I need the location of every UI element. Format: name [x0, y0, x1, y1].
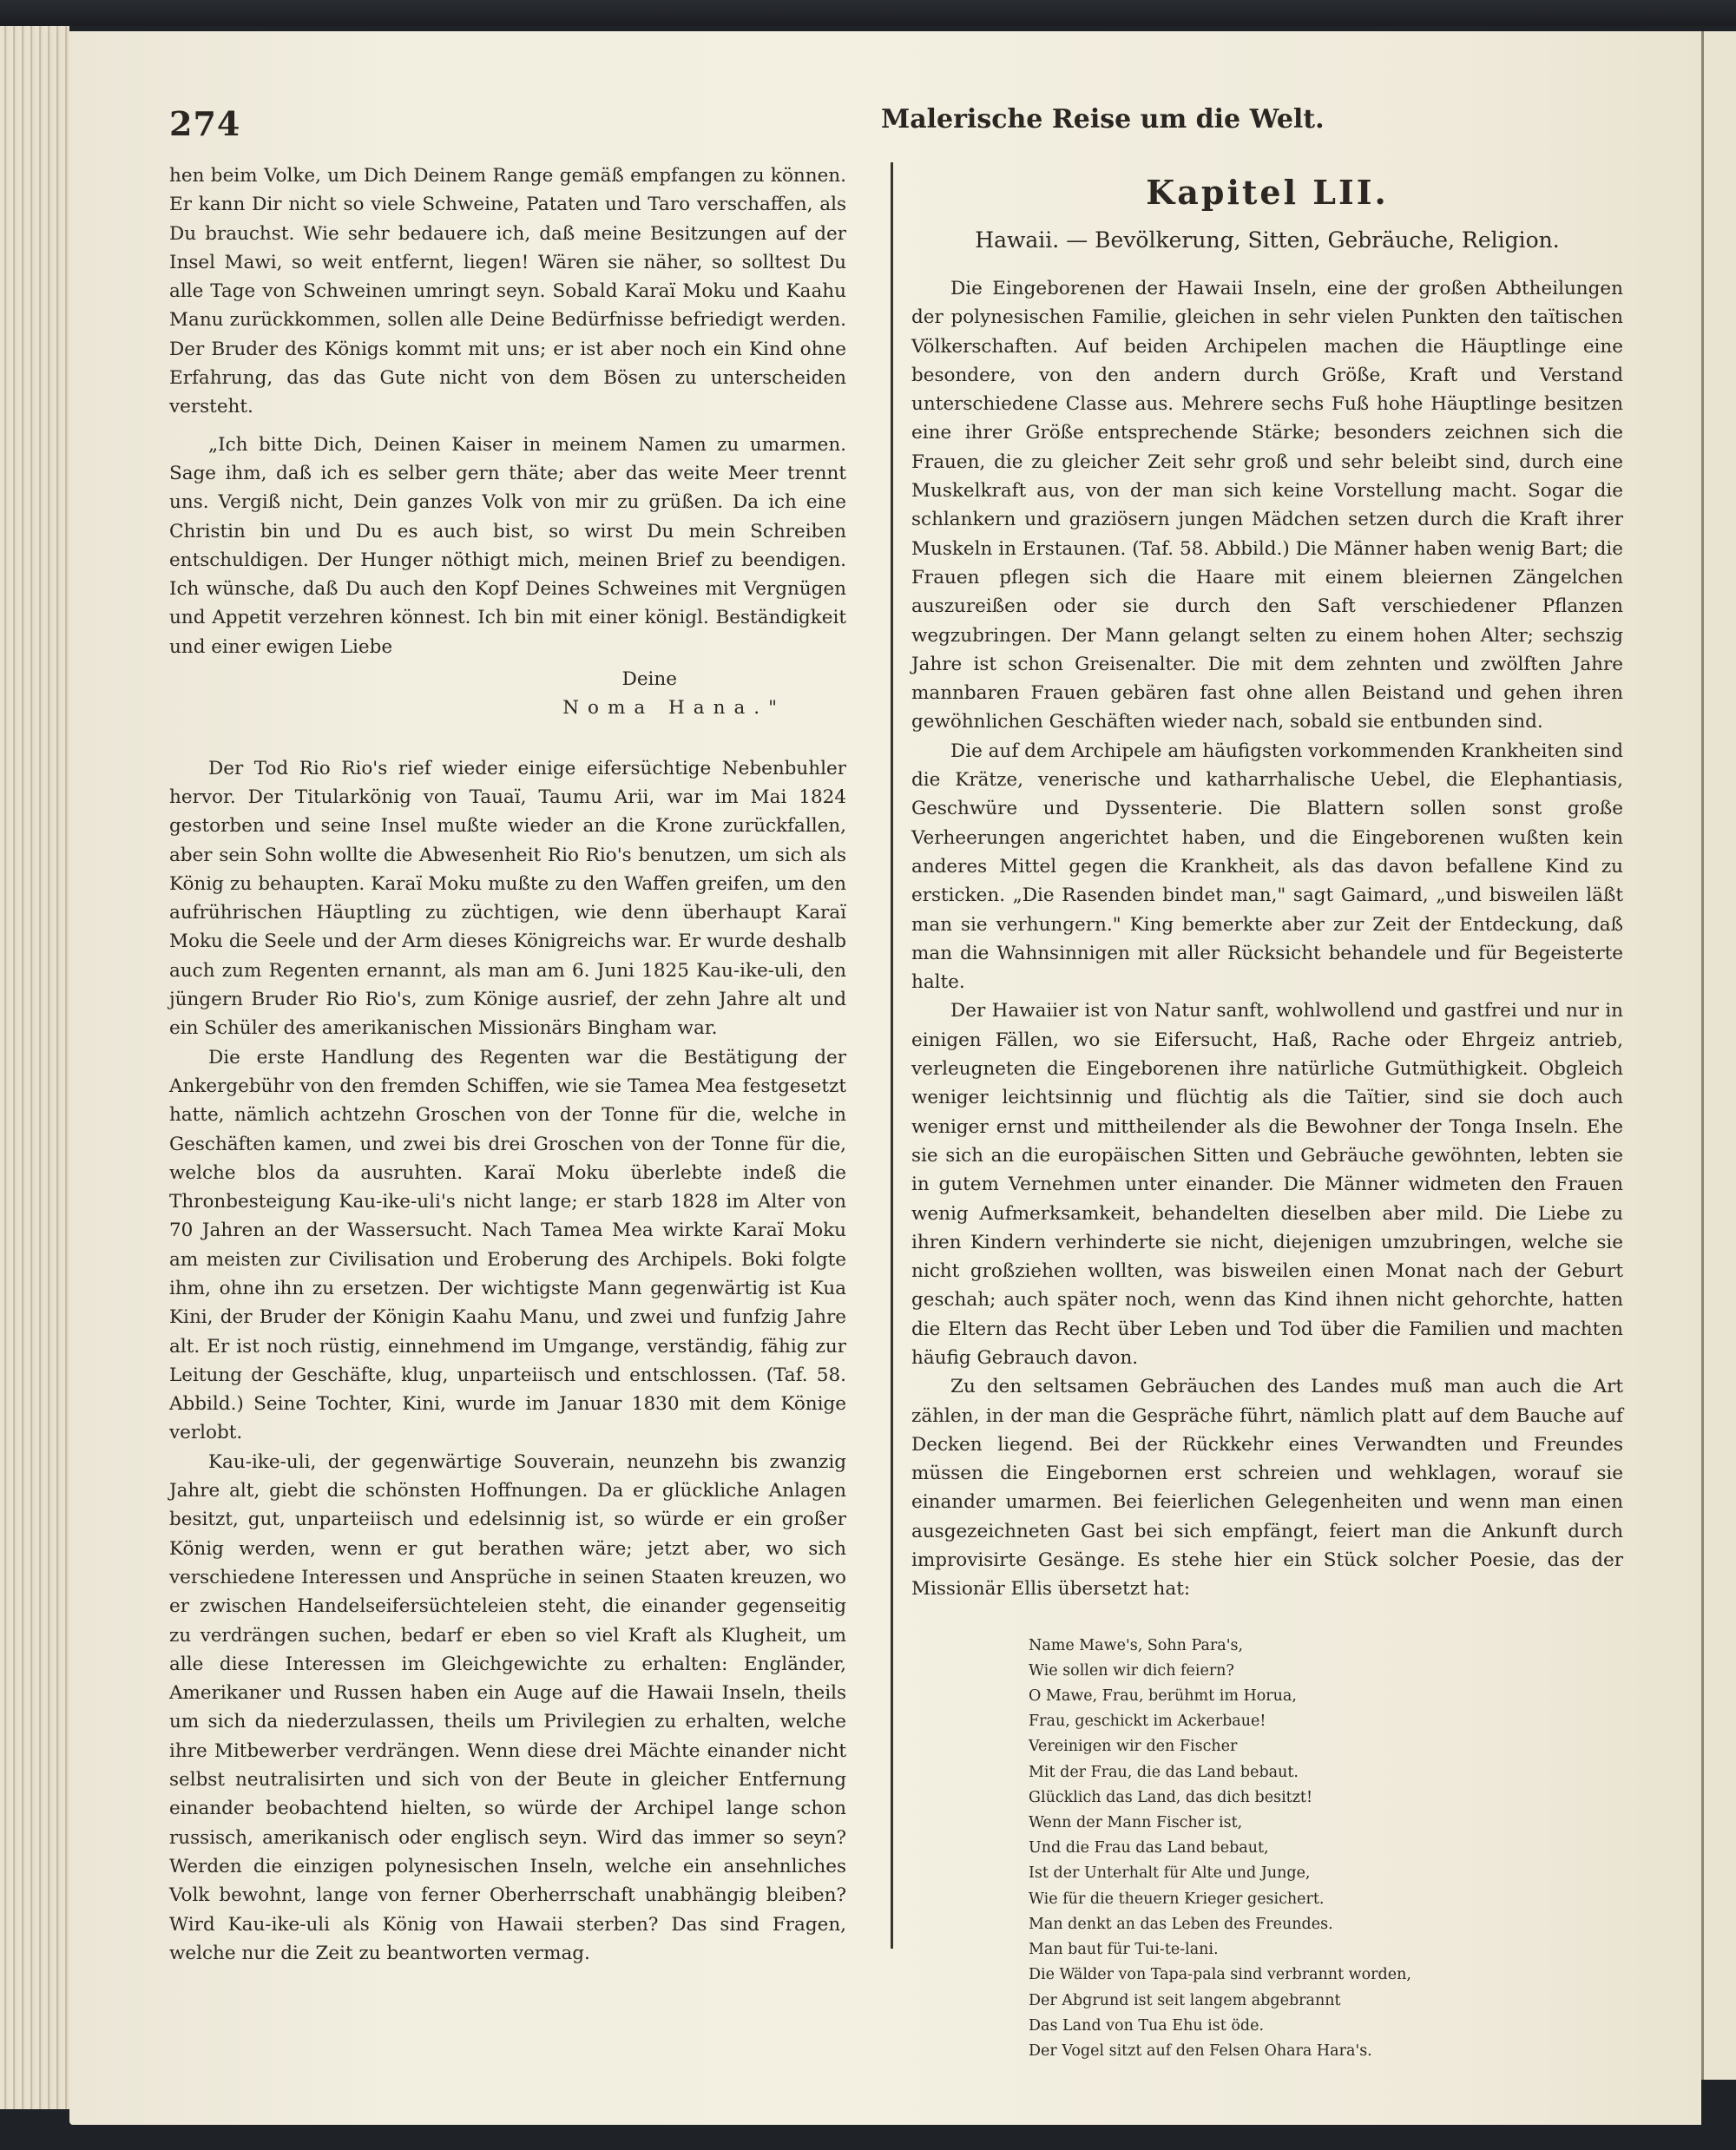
- right-column: Kapitel LII. Hawaii. — Bevölkerung, Sitt…: [911, 161, 1623, 2064]
- poem-line: Die Wälder von Tapa-pala sind verbrannt …: [1029, 1963, 1623, 1988]
- chapter-subtitle: Hawaii. — Bevölkerung, Sitten, Gebräuche…: [911, 219, 1623, 262]
- paragraph: Der Tod Rio Rio's rief wieder einige eif…: [169, 754, 846, 1043]
- poem-line: O Mawe, Frau, berühmt im Horua,: [1029, 1684, 1623, 1709]
- poem-line: Name Mawe's, Sohn Para's,: [1029, 1634, 1623, 1659]
- left-column: hen beim Volke, um Dich Deinem Range gem…: [169, 161, 846, 1968]
- paragraph: Zu den seltsamen Gebräuchen des Landes m…: [911, 1372, 1623, 1603]
- poem-line: Ist der Unterhalt für Alte und Junge,: [1029, 1861, 1623, 1886]
- poem-line: Wie für die theuern Krieger gesichert.: [1029, 1887, 1623, 1912]
- paragraph: Die auf dem Archipele am häufigsten vork…: [911, 737, 1623, 997]
- poem: Name Mawe's, Sohn Para's, Wie sollen wir…: [911, 1634, 1623, 2064]
- running-title: Malerische Reise um die Welt.: [881, 104, 1325, 135]
- paragraph: Der Hawaiier ist von Natur sanft, wohlwo…: [911, 996, 1623, 1372]
- paragraph: hen beim Volke, um Dich Deinem Range gem…: [169, 161, 846, 422]
- poem-line: Glücklich das Land, das dich besitzt!: [1029, 1785, 1623, 1811]
- poem-line: Der Abgrund ist seit langem abgebrannt: [1029, 1989, 1623, 2014]
- paragraph: „Ich bitte Dich, Deinen Kaiser in meinem…: [169, 431, 846, 661]
- poem-line: Vereinigen wir den Fischer: [1029, 1734, 1623, 1759]
- column-divider: [891, 162, 893, 1949]
- paragraph: Kau-ike-uli, der gegenwärtige Souverain,…: [169, 1448, 846, 1968]
- poem-line: Mit der Frau, die das Land bebaut.: [1029, 1760, 1623, 1785]
- book-cover-top: [0, 0, 1736, 26]
- letter-closing: Deine: [169, 665, 846, 694]
- poem-line: Wenn der Mann Fischer ist,: [1029, 1811, 1623, 1836]
- page-header: 274 Malerische Reise um die Welt.: [169, 104, 1072, 156]
- poem-line: Das Land von Tua Ehu ist öde.: [1029, 2014, 1623, 2039]
- page-edges: [0, 26, 69, 2109]
- page-number: 274: [169, 104, 240, 143]
- letter-signature: Noma Hana.": [169, 694, 846, 722]
- poem-line: Man baut für Tui-te-lani.: [1029, 1937, 1623, 1963]
- next-page-edge: [1701, 31, 1736, 2080]
- chapter-title: Kapitel LII.: [911, 167, 1623, 219]
- poem-line: Und die Frau das Land bebaut,: [1029, 1836, 1623, 1861]
- poem-line: Wie sollen wir dich feiern?: [1029, 1659, 1623, 1684]
- paragraph: Die Eingeborenen der Hawaii Inseln, eine…: [911, 274, 1623, 737]
- poem-line: Man denkt an das Leben des Freundes.: [1029, 1912, 1623, 1937]
- poem-line: Frau, geschickt im Ackerbaue!: [1029, 1709, 1623, 1734]
- poem-line: Der Vogel sitzt auf den Felsen Ohara Har…: [1029, 2039, 1623, 2064]
- paragraph: Die erste Handlung des Regenten war die …: [169, 1043, 846, 1448]
